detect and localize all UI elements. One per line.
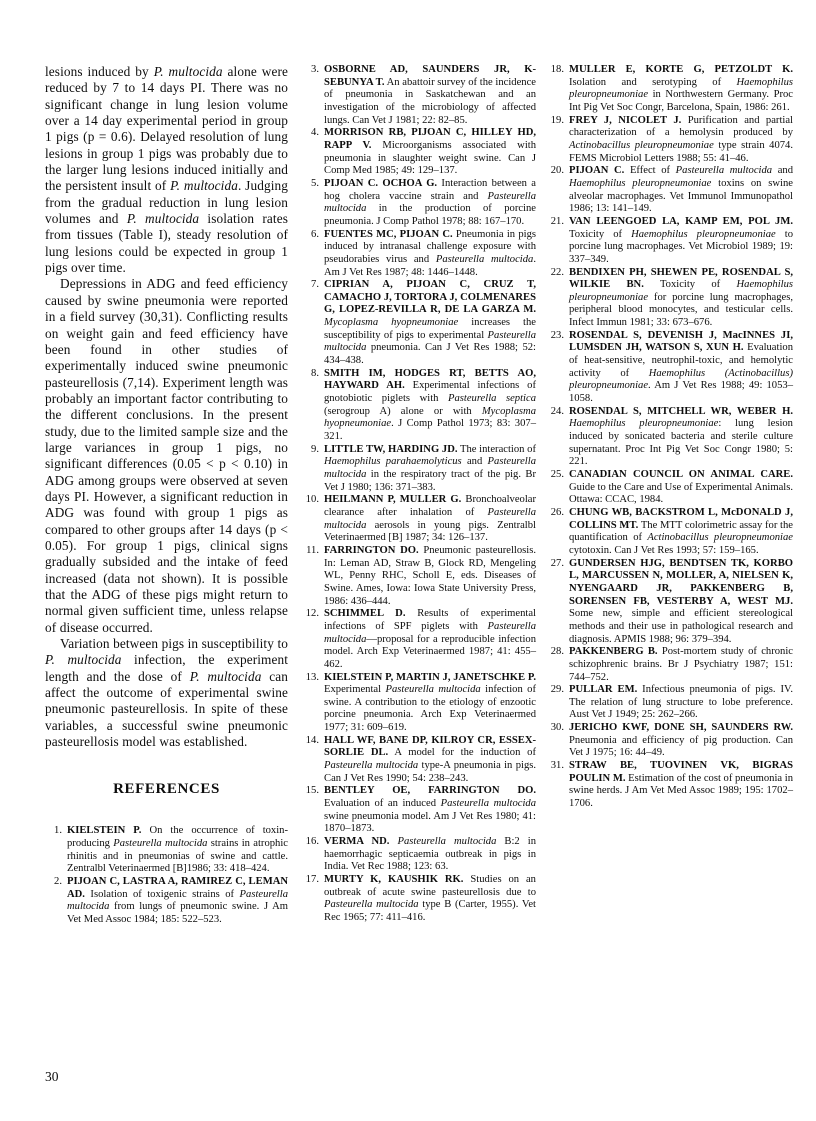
reference-text: KIELSTEIN P, MARTIN J, JANETSCHKE P. Exp… xyxy=(324,672,536,735)
reference-text: VAN LEENGOED LA, KAMP EM, POL JM. Toxici… xyxy=(569,216,793,267)
reference-item: 16.VERMA ND. Pasteurella multocida B:2 i… xyxy=(302,836,536,874)
reference-item: 9.LITTLE TW, HARDING JD. The interaction… xyxy=(302,444,536,495)
reference-text: SMITH IM, HODGES RT, BETTS AO, HAYWARD A… xyxy=(324,368,536,444)
reference-text: PIJOAN C. Effect of Pasteurella multocid… xyxy=(569,165,793,216)
reference-item: 13.KIELSTEIN P, MARTIN J, JANETSCHKE P. … xyxy=(302,672,536,735)
reference-item: 31.STRAW BE, TUOVINEN VK, BIGRAS POULIN … xyxy=(547,760,793,811)
reference-text: GUNDERSEN HJG, BENDTSEN TK, KORBO L, MAR… xyxy=(569,558,793,647)
reference-number: 17. xyxy=(302,874,319,925)
reference-item: 7.CIPRIAN A, PIJOAN C, CRUZ T, CAMACHO J… xyxy=(302,279,536,368)
reference-text: PAKKENBERG B. Post-mortem study of chron… xyxy=(569,646,793,684)
column-1: lesions induced by P. multocida alone we… xyxy=(45,64,288,927)
column-3: 18.MULLER E, KORTE G, PETZOLDT K. Isolat… xyxy=(547,64,793,811)
reference-number: 28. xyxy=(547,646,564,684)
reference-text: SCHIMMEL D. Results of experimental infe… xyxy=(324,608,536,671)
reference-item: 8.SMITH IM, HODGES RT, BETTS AO, HAYWARD… xyxy=(302,368,536,444)
reference-number: 13. xyxy=(302,672,319,735)
paragraph: Variation between pigs in susceptibility… xyxy=(45,636,288,750)
reference-text: MURTY K, KAUSHIK RK. Studies on an outbr… xyxy=(324,874,536,925)
reference-number: 3. xyxy=(302,64,319,127)
reference-item: 26.CHUNG WB, BACKSTROM L, McDONALD J, CO… xyxy=(547,507,793,558)
reference-number: 26. xyxy=(547,507,564,558)
reference-number: 6. xyxy=(302,229,319,280)
reference-item: 20.PIJOAN C. Effect of Pasteurella multo… xyxy=(547,165,793,216)
reference-item: 12.SCHIMMEL D. Results of experimental i… xyxy=(302,608,536,671)
reference-item: 29.PULLAR EM. Infectious pneumonia of pi… xyxy=(547,684,793,722)
reference-number: 4. xyxy=(302,127,319,178)
reference-text: HEILMANN P, MULLER G. Bronchoalveolar cl… xyxy=(324,494,536,545)
column-2: 3.OSBORNE AD, SAUNDERS JR, K-SEBUNYA T. … xyxy=(302,64,536,925)
reference-item: 18.MULLER E, KORTE G, PETZOLDT K. Isolat… xyxy=(547,64,793,115)
reference-item: 11.FARRINGTON DO. Pneumonic pasteurellos… xyxy=(302,545,536,608)
reference-list-col2: 3.OSBORNE AD, SAUNDERS JR, K-SEBUNYA T. … xyxy=(302,64,536,925)
reference-number: 14. xyxy=(302,735,319,786)
reference-text: JERICHO KWF, DONE SH, SAUNDERS RW. Pneum… xyxy=(569,722,793,760)
reference-text: VERMA ND. Pasteurella multocida B:2 in h… xyxy=(324,836,536,874)
reference-text: BENTLEY OE, FARRINGTON DO. Evaluation of… xyxy=(324,785,536,836)
reference-number: 12. xyxy=(302,608,319,671)
reference-number: 2. xyxy=(45,876,62,927)
reference-text: MULLER E, KORTE G, PETZOLDT K. Isolation… xyxy=(569,64,793,115)
reference-number: 7. xyxy=(302,279,319,368)
reference-text: PULLAR EM. Infectious pneumonia of pigs.… xyxy=(569,684,793,722)
reference-item: 23.ROSENDAL S, DEVENISH J, MacINNES JI, … xyxy=(547,330,793,406)
reference-item: 3.OSBORNE AD, SAUNDERS JR, K-SEBUNYA T. … xyxy=(302,64,536,127)
reference-item: 14.HALL WF, BANE DP, KILROY CR, ESSEX-SO… xyxy=(302,735,536,786)
reference-item: 21.VAN LEENGOED LA, KAMP EM, POL JM. Tox… xyxy=(547,216,793,267)
reference-text: ROSENDAL S, MITCHELL WR, WEBER H. Haemop… xyxy=(569,406,793,469)
reference-item: 2.PIJOAN C, LASTRA A, RAMIREZ C, LEMAN A… xyxy=(45,876,288,927)
reference-item: 15.BENTLEY OE, FARRINGTON DO. Evaluation… xyxy=(302,785,536,836)
paragraph: lesions induced by P. multocida alone we… xyxy=(45,64,288,276)
reference-number: 19. xyxy=(547,115,564,166)
reference-text: CANADIAN COUNCIL ON ANIMAL CARE. Guide t… xyxy=(569,469,793,507)
reference-item: 27.GUNDERSEN HJG, BENDTSEN TK, KORBO L, … xyxy=(547,558,793,647)
discussion-text: lesions induced by P. multocida alone we… xyxy=(45,64,288,750)
reference-number: 20. xyxy=(547,165,564,216)
reference-number: 11. xyxy=(302,545,319,608)
reference-number: 22. xyxy=(547,267,564,330)
reference-item: 28.PAKKENBERG B. Post-mortem study of ch… xyxy=(547,646,793,684)
reference-number: 8. xyxy=(302,368,319,444)
reference-text: OSBORNE AD, SAUNDERS JR, K-SEBUNYA T. An… xyxy=(324,64,536,127)
reference-text: FARRINGTON DO. Pneumonic pasteurellosis.… xyxy=(324,545,536,608)
reference-number: 24. xyxy=(547,406,564,469)
reference-number: 23. xyxy=(547,330,564,406)
reference-item: 19.FREY J, NICOLET J. Purification and p… xyxy=(547,115,793,166)
reference-item: 30.JERICHO KWF, DONE SH, SAUNDERS RW. Pn… xyxy=(547,722,793,760)
reference-text: KIELSTEIN P. On the occurrence of toxin-… xyxy=(67,825,288,876)
reference-number: 21. xyxy=(547,216,564,267)
reference-text: PIJOAN C. OCHOA G. Interaction between a… xyxy=(324,178,536,229)
reference-number: 9. xyxy=(302,444,319,495)
reference-number: 27. xyxy=(547,558,564,647)
reference-text: CHUNG WB, BACKSTROM L, McDONALD J, COLLI… xyxy=(569,507,793,558)
reference-number: 5. xyxy=(302,178,319,229)
reference-text: FREY J, NICOLET J. Purification and part… xyxy=(569,115,793,166)
reference-number: 18. xyxy=(547,64,564,115)
reference-number: 31. xyxy=(547,760,564,811)
reference-number: 30. xyxy=(547,722,564,760)
reference-text: BENDIXEN PH, SHEWEN PE, ROSENDAL S, WILK… xyxy=(569,267,793,330)
page-number: 30 xyxy=(45,1069,59,1085)
reference-text: STRAW BE, TUOVINEN VK, BIGRAS POULIN M. … xyxy=(569,760,793,811)
reference-item: 4.MORRISON RB, PIJOAN C, HILLEY HD, RAPP… xyxy=(302,127,536,178)
reference-text: LITTLE TW, HARDING JD. The interaction o… xyxy=(324,444,536,495)
reference-number: 15. xyxy=(302,785,319,836)
reference-item: 6.FUENTES MC, PIJOAN C. Pneumonia in pig… xyxy=(302,229,536,280)
reference-text: ROSENDAL S, DEVENISH J, MacINNES JI, LUM… xyxy=(569,330,793,406)
reference-item: 10.HEILMANN P, MULLER G. Bronchoalveolar… xyxy=(302,494,536,545)
reference-item: 22.BENDIXEN PH, SHEWEN PE, ROSENDAL S, W… xyxy=(547,267,793,330)
reference-number: 1. xyxy=(45,825,62,876)
reference-list-col3: 18.MULLER E, KORTE G, PETZOLDT K. Isolat… xyxy=(547,64,793,811)
reference-number: 16. xyxy=(302,836,319,874)
reference-text: HALL WF, BANE DP, KILROY CR, ESSEX-SORLI… xyxy=(324,735,536,786)
paragraph: Depressions in ADG and feed efficiency c… xyxy=(45,276,288,636)
reference-item: 5.PIJOAN C. OCHOA G. Interaction between… xyxy=(302,178,536,229)
reference-text: PIJOAN C, LASTRA A, RAMIREZ C, LEMAN AD.… xyxy=(67,876,288,927)
references-heading: REFERENCES xyxy=(45,781,288,798)
journal-page: lesions induced by P. multocida alone we… xyxy=(0,0,816,1121)
reference-number: 10. xyxy=(302,494,319,545)
reference-text: MORRISON RB, PIJOAN C, HILLEY HD, RAPP V… xyxy=(324,127,536,178)
reference-text: CIPRIAN A, PIJOAN C, CRUZ T, CAMACHO J, … xyxy=(324,279,536,368)
reference-item: 25.CANADIAN COUNCIL ON ANIMAL CARE. Guid… xyxy=(547,469,793,507)
reference-number: 25. xyxy=(547,469,564,507)
reference-text: FUENTES MC, PIJOAN C. Pneumonia in pigs … xyxy=(324,229,536,280)
reference-number: 29. xyxy=(547,684,564,722)
reference-item: 1.KIELSTEIN P. On the occurrence of toxi… xyxy=(45,825,288,876)
reference-item: 24.ROSENDAL S, MITCHELL WR, WEBER H. Hae… xyxy=(547,406,793,469)
reference-list-col1: 1.KIELSTEIN P. On the occurrence of toxi… xyxy=(45,825,288,926)
reference-item: 17.MURTY K, KAUSHIK RK. Studies on an ou… xyxy=(302,874,536,925)
